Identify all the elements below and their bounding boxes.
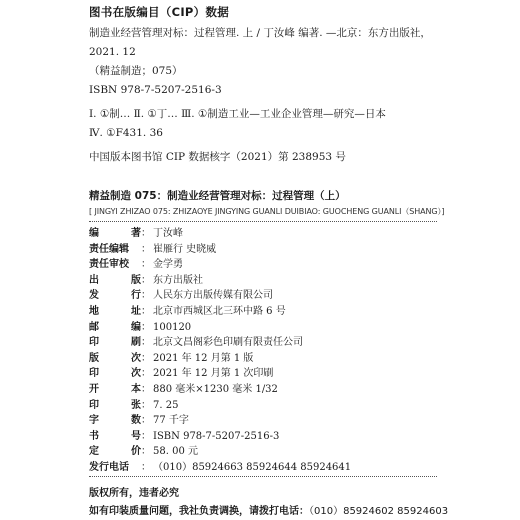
detail-separator: ：: [141, 258, 151, 272]
detail-separator: ：: [141, 305, 151, 319]
detail-row: 地址：北京市西城区北三环中路 6 号: [89, 305, 286, 319]
detail-label-text: 行: [131, 289, 141, 303]
quality-notice: 如有印装质量问题，我社负责调换，请拨打电话：（010）85924602 8592…: [89, 502, 448, 517]
cip-classification-1: Ⅰ. ①制… Ⅱ. ①丁… Ⅲ. ①制造工业—工业企业管理—研究—日本: [89, 107, 386, 121]
detail-separator: ：: [141, 289, 151, 303]
detail-label-text: 著: [131, 227, 141, 241]
detail-label: 版次: [89, 352, 141, 366]
detail-value: 2021 年 12 月第 1 次印刷: [153, 367, 273, 381]
divider-top: [89, 221, 437, 222]
cip-library-note: 中国版本图书馆 CIP 数据核字（2021）第 238953 号: [89, 150, 346, 164]
detail-value: 东方出版社: [153, 274, 203, 288]
detail-label-text: 编: [89, 227, 99, 241]
detail-separator: ：: [141, 274, 151, 288]
detail-separator: ：: [141, 321, 151, 335]
detail-label: 开本: [89, 383, 141, 397]
detail-label-text: 版: [131, 274, 141, 288]
detail-label-text: 定: [89, 445, 99, 459]
detail-label: 地址: [89, 305, 141, 319]
detail-separator: ：: [141, 367, 151, 381]
detail-label-text: 编: [131, 321, 141, 335]
detail-separator: ：: [141, 445, 151, 459]
detail-separator: ：: [141, 461, 151, 475]
detail-value: ISBN 978-7-5207-2516-3: [153, 430, 279, 444]
detail-row: 印次：2021 年 12 月第 1 次印刷: [89, 367, 273, 381]
detail-row: 发行：人民东方出版传媒有限公司: [89, 289, 273, 303]
cip-classification-2: Ⅳ. ①F431. 36: [89, 126, 163, 140]
detail-separator: ：: [141, 399, 151, 413]
detail-label-text: 数: [131, 414, 141, 428]
detail-label-text: 价: [131, 445, 141, 459]
detail-label-text: 发行电话: [89, 461, 129, 475]
detail-label-text: 本: [131, 383, 141, 397]
detail-row: 印刷：北京文昌阁彩色印刷有限责任公司: [89, 336, 303, 350]
book-title: 精益制造 075：制造业经营管理对标：过程管理（上）: [89, 188, 346, 203]
detail-row: 字数：77 千字: [89, 414, 189, 428]
detail-separator: ：: [141, 227, 151, 241]
detail-label-text: 次: [131, 367, 141, 381]
detail-label-text: 发: [89, 289, 99, 303]
detail-value: 丁汝峰: [153, 227, 183, 241]
detail-row: 邮编：100120: [89, 321, 191, 335]
detail-label-text: 印: [89, 336, 99, 350]
detail-label-text: 址: [131, 305, 141, 319]
detail-label: 印张: [89, 399, 141, 413]
detail-label: 出版: [89, 274, 141, 288]
detail-value: （010）85924663 85924644 85924641: [153, 461, 351, 475]
detail-label: 字数: [89, 414, 141, 428]
copyright-notice: 版权所有，违者必究: [89, 484, 179, 499]
detail-label: 印刷: [89, 336, 141, 350]
cip-entry-date: 2021. 12: [89, 45, 136, 59]
quality-phone: （010）85924602 85924603: [309, 506, 448, 517]
detail-label-text: 出: [89, 274, 99, 288]
detail-label-text: 邮: [89, 321, 99, 335]
detail-label-text: 开: [89, 383, 99, 397]
detail-label-text: 责任编辑: [89, 243, 129, 257]
cip-heading: 图书在版编目（CIP）数据: [89, 4, 229, 20]
detail-label-text: 书: [89, 430, 99, 444]
detail-label: 发行电话: [89, 461, 141, 475]
quality-notice-text: 如有印装质量问题，我社负责调换，请拨打电话：: [89, 506, 309, 517]
detail-label: 发行: [89, 289, 141, 303]
detail-label: 书号: [89, 430, 141, 444]
detail-label-text: 责任审校: [89, 258, 129, 272]
detail-label: 定价: [89, 445, 141, 459]
detail-label-text: 次: [131, 352, 141, 366]
cip-entry-series: （精益制造；075）: [89, 64, 183, 78]
detail-value: 77 千字: [153, 414, 189, 428]
detail-separator: ：: [141, 336, 151, 350]
detail-value: 2021 年 12 月第 1 版: [153, 352, 253, 366]
cip-entry-line: 制造业经营管理对标：过程管理. 上 / 丁汝峰 编著. —北京：东方出版社，: [89, 26, 431, 40]
detail-label: 责任审校: [89, 258, 141, 272]
detail-label-text: 张: [131, 399, 141, 413]
detail-value: 北京文昌阁彩色印刷有限责任公司: [153, 336, 303, 350]
detail-row: 书号：ISBN 978-7-5207-2516-3: [89, 430, 279, 444]
detail-label-text: 号: [131, 430, 141, 444]
detail-row: 开本：880 毫米×1230 毫米 1/32: [89, 383, 278, 397]
detail-label-text: 印: [89, 367, 99, 381]
detail-label-text: 印: [89, 399, 99, 413]
detail-label-text: 版: [89, 352, 99, 366]
detail-label: 邮编: [89, 321, 141, 335]
divider-bottom: [89, 476, 437, 477]
detail-label-text: 地: [89, 305, 99, 319]
detail-value: 金学勇: [153, 258, 183, 272]
detail-value: 58. 00 元: [153, 445, 198, 459]
detail-separator: ：: [141, 352, 151, 366]
book-title-pinyin: [ JINGYI ZHIZAO 075: ZHIZAOYE JINGYING G…: [89, 206, 444, 217]
detail-value: 崔雁行 史晓威: [153, 243, 216, 257]
detail-separator: ：: [141, 414, 151, 428]
detail-row: 编著：丁汝峰: [89, 227, 183, 241]
detail-value: 7. 25: [153, 399, 178, 413]
detail-row: 印张：7. 25: [89, 399, 178, 413]
detail-value: 人民东方出版传媒有限公司: [153, 289, 273, 303]
detail-value: 100120: [153, 321, 191, 335]
detail-row: 版次：2021 年 12 月第 1 版: [89, 352, 253, 366]
detail-separator: ：: [141, 430, 151, 444]
detail-value: 北京市西城区北三环中路 6 号: [153, 305, 286, 319]
detail-label: 印次: [89, 367, 141, 381]
detail-separator: ：: [141, 243, 151, 257]
detail-separator: ：: [141, 383, 151, 397]
detail-value: 880 毫米×1230 毫米 1/32: [153, 383, 278, 397]
detail-row: 出版：东方出版社: [89, 274, 203, 288]
detail-row: 定价：58. 00 元: [89, 445, 198, 459]
detail-row: 发行电话：（010）85924663 85924644 85924641: [89, 461, 351, 475]
detail-label-text: 字: [89, 414, 99, 428]
detail-row: 责任审校：金学勇: [89, 258, 183, 272]
detail-label-text: 刷: [131, 336, 141, 350]
detail-label: 责任编辑: [89, 243, 141, 257]
cip-entry-isbn: ISBN 978-7-5207-2516-3: [89, 83, 222, 97]
detail-row: 责任编辑：崔雁行 史晓威: [89, 243, 216, 257]
detail-label: 编著: [89, 227, 141, 241]
